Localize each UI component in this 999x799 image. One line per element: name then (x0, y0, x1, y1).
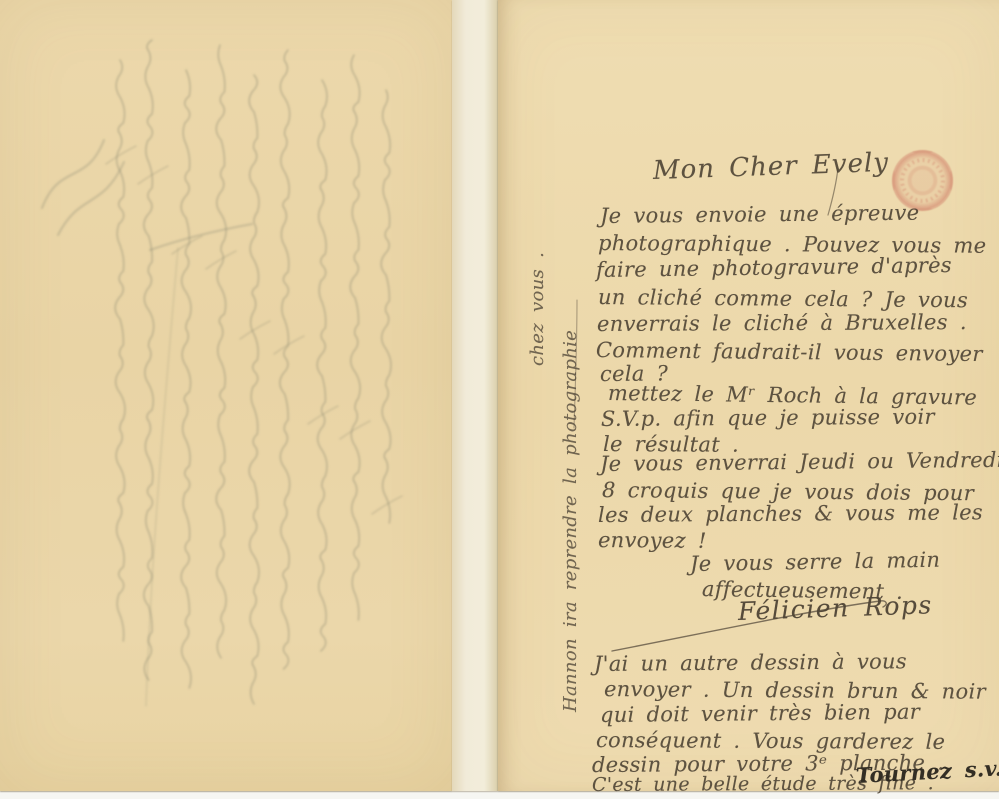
margin-note-line: Hannon ira reprendre la photographie (560, 292, 581, 712)
margin-note-line: chez vous . (527, 266, 548, 366)
letter-body-line: S.V.p. afin que je puisse voir (601, 405, 935, 431)
letter-body-line: les deux planches & vous me les (598, 500, 983, 527)
left-page (0, 0, 452, 791)
letter-body-line: Je vous enverrai Jeudi ou Vendredi (600, 448, 999, 476)
bleedthrough-handwriting (0, 0, 452, 791)
stamp-rim-texture (900, 158, 945, 203)
letter-body-line: Je vous envoie une épreuve (600, 201, 920, 228)
bleedthrough-signature-flourish (42, 140, 252, 706)
letter-body-line: faire une photogravure d'après (596, 253, 952, 282)
page-fold-strip (452, 0, 498, 791)
letter-body-line: un cliché comme cela ? Je vous (598, 285, 968, 312)
letter-body-line: enverrais le cliché à Bruxelles . (597, 310, 967, 336)
postscript-line: J'ai un autre dessin à vous (594, 649, 907, 676)
closing-line: Je vous serre la main (690, 548, 941, 576)
postscript-line: qui doit venir très bien par (600, 700, 920, 727)
letter-body-line: envoyez ! (598, 528, 707, 553)
postscript-line: envoyer . Un dessin brun & noir (604, 677, 986, 704)
letter-scan: Mon Cher Evely Je vous envoie une épreuv… (0, 0, 999, 799)
